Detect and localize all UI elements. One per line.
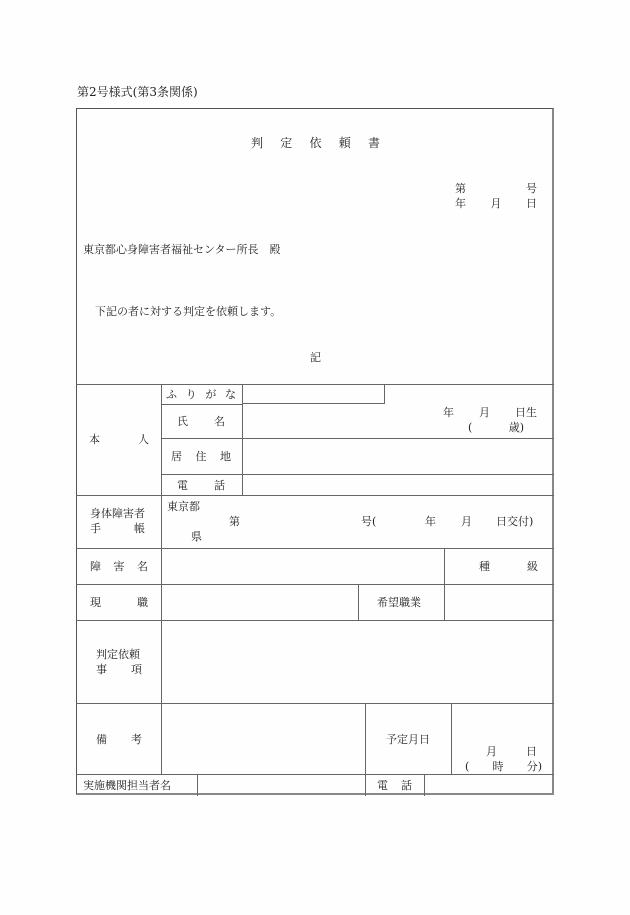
name-input[interactable]: [243, 405, 433, 438]
scheduled-date-label: 予定月日: [386, 734, 430, 745]
divider: [358, 584, 359, 620]
scheduled-time-line: ( 時 分): [465, 761, 542, 772]
furigana-label: ふ り が な: [166, 389, 236, 400]
prefecture-tokyo: 東京都: [167, 501, 200, 512]
person-section-label: 本 人: [89, 434, 149, 445]
remarks-label: 備 考: [96, 734, 142, 745]
phone-label: 電 話: [177, 480, 225, 491]
furigana-input[interactable]: [242, 384, 385, 404]
handbook-label-line2: 手 帳: [90, 523, 145, 534]
divider: [365, 703, 366, 796]
staff-phone-input[interactable]: [425, 775, 553, 795]
document-date-line: 年 月 日: [455, 198, 537, 209]
phone-input[interactable]: [243, 475, 553, 495]
request-statement: 下記の者に対する判定を依頼します。: [95, 306, 281, 317]
request-items-input[interactable]: [162, 621, 553, 703]
document-number-line: 第 号: [455, 183, 537, 194]
staff-name-input[interactable]: [198, 775, 365, 795]
current-occupation-label: 現 職: [90, 597, 148, 608]
handbook-issue-month: 月: [461, 516, 472, 527]
address-label: 居 住 地: [171, 451, 231, 462]
staff-name-label: 実施機関担当者名: [83, 780, 171, 791]
request-items-label-line2: 事 項: [96, 664, 142, 675]
current-occupation-input[interactable]: [162, 585, 358, 620]
name-label: 氏 名: [177, 416, 225, 427]
desired-occupation-input[interactable]: [445, 585, 553, 620]
handbook-issue-year: 年: [425, 516, 436, 527]
addressee: 東京都心身障害者福祉センター所長 殿: [83, 244, 281, 255]
scheduled-date-line: 月 日: [486, 746, 537, 757]
ki-marker: 記: [310, 352, 321, 363]
divider: [451, 703, 452, 774]
disability-name-input[interactable]: [162, 549, 444, 584]
disability-grade-label: 種 級: [479, 561, 538, 572]
disability-name-label: 障 害 名: [90, 561, 148, 572]
divider: [444, 548, 445, 584]
divider: [161, 404, 242, 405]
form-number-label: 第2号様式(第3条関係): [77, 86, 198, 98]
remarks-input[interactable]: [162, 704, 365, 774]
handbook-number-suffix: 号(: [361, 516, 376, 527]
divider: [76, 495, 554, 496]
handbook-number-prefix: 第: [229, 516, 240, 527]
birth-date-line: 年 月 日生: [443, 407, 537, 418]
address-input[interactable]: [243, 439, 553, 474]
form-title: 判 定 依 頼 書: [251, 137, 380, 149]
desired-occupation-label: 希望職業: [377, 597, 421, 608]
prefecture-ken: 県: [191, 531, 202, 542]
request-items-label-line1: 判定依頼: [96, 649, 140, 660]
age-line: ( 歳): [468, 422, 524, 433]
staff-phone-label: 電 話: [377, 780, 412, 791]
handbook-issue-day: 日交付): [496, 516, 533, 527]
handbook-label-line1: 身体障害者: [90, 508, 145, 519]
